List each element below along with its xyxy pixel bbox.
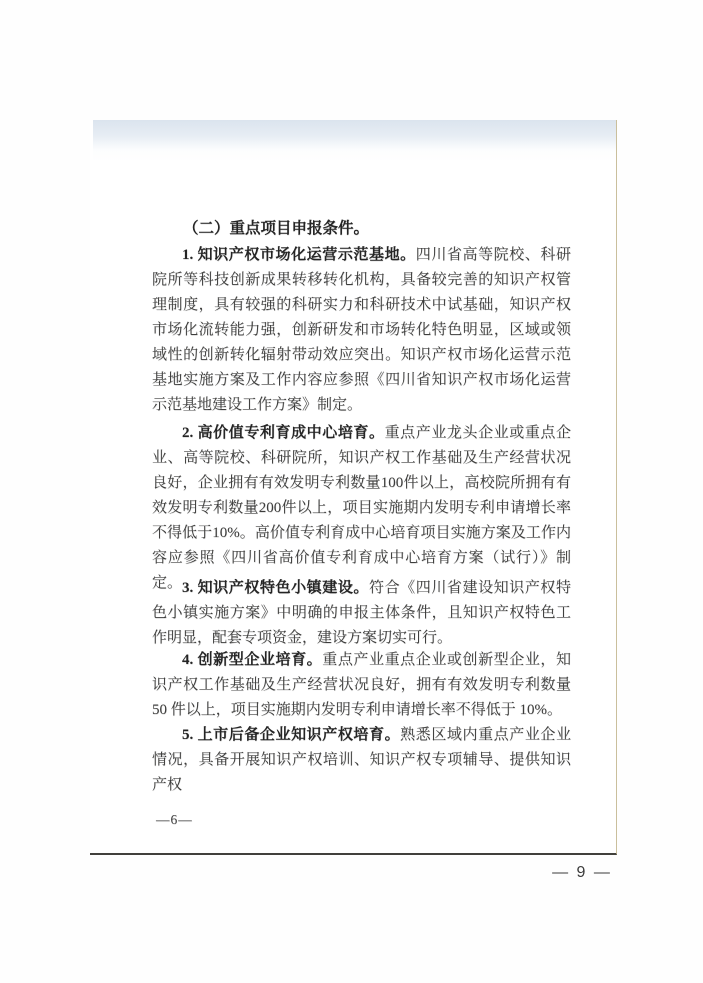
paragraph-1: 1. 知识产权市场化运营示范基地。四川省高等院校、科研院所等科技创新成果转移转化… — [152, 243, 571, 418]
document-page: （二）重点项目申报条件。 1. 知识产权市场化运营示范基地。四川省高等院校、科研… — [90, 120, 617, 855]
paragraph-3: 3. 知识产权特色小镇建设。符合《四川省建设知识产权特色小镇实施方案》中明确的申… — [152, 576, 571, 651]
paragraph-3-lead: 3. 知识产权特色小镇建设。 — [182, 580, 369, 596]
paragraph-4-lead: 4. 创新型企业培育。 — [182, 652, 322, 668]
paragraph-2: 2. 高价值专利育成中心培育。重点产业龙头企业或重点企业、高等院校、科研院所，知… — [152, 421, 571, 596]
paragraph-5-lead: 5. 上市后备企业知识产权培育。 — [182, 727, 400, 743]
paragraph-4: 4. 创新型企业培育。重点产业重点企业或创新型企业，知识产权工作基础及生产经营状… — [152, 648, 571, 723]
section-heading: （二）重点项目申报条件。 — [152, 216, 571, 241]
paragraph-1-lead: 1. 知识产权市场化运营示范基地。 — [182, 247, 416, 263]
document-page-number: —6— — [156, 812, 193, 828]
scanned-document: （二）重点项目申报条件。 1. 知识产权市场化运营示范基地。四川省高等院校、科研… — [0, 0, 703, 983]
paragraph-5: 5. 上市后备企业知识产权培育。熟悉区域内重点产业企业情况，具备开展知识产权培训… — [152, 723, 571, 798]
scan-top-shadow — [93, 120, 616, 162]
paragraph-1-text: 四川省高等院校、科研院所等科技创新成果转移转化机构，具备较完善的知识产权管理制度… — [152, 247, 571, 413]
paragraph-2-text: 重点产业龙头企业或重点企业、高等院校、科研院所，知识产权工作基础及生产经营状况良… — [152, 425, 571, 591]
paragraph-2-lead: 2. 高价值专利育成中心培育。 — [182, 425, 385, 441]
scan-page-number: — 9 — — [546, 864, 618, 882]
